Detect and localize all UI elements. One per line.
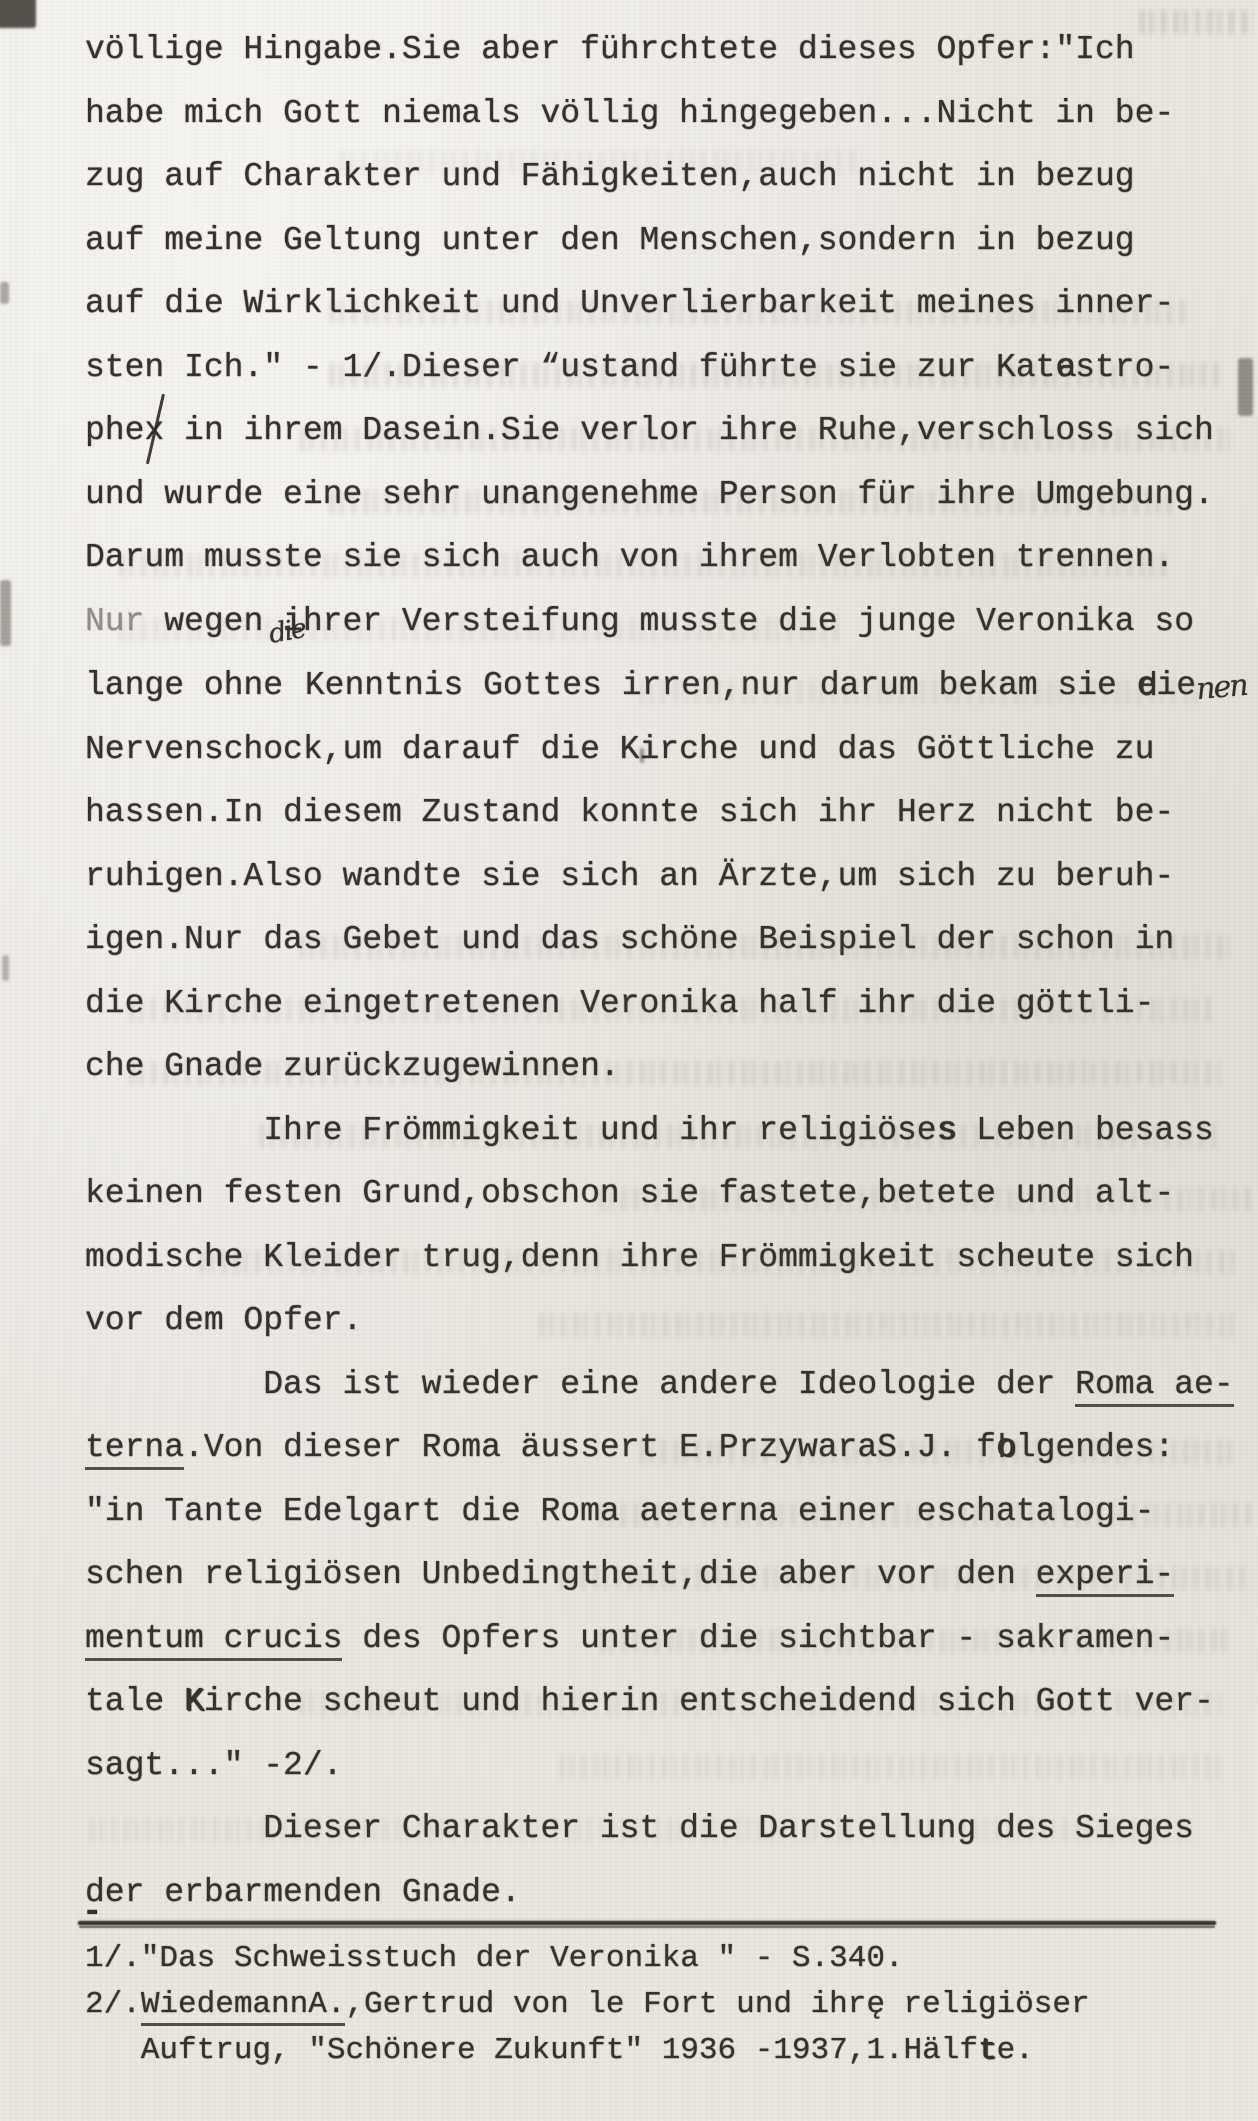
text-line: schen religiösen Unbedingtheit,die aber … [85,1543,1238,1607]
text-segment: vor dem Opfer. [85,1302,362,1339]
text-segment: lgendes: [1016,1429,1174,1466]
text-line: modische Kleider trug,denn ihre Frömmigk… [85,1226,1238,1290]
text-segment: des Opfers unter die sichtbar - sakramen… [342,1620,1174,1657]
ink-smudge-artifact [0,0,36,28]
text-line: auf die Wirklichkeit und Unverlierbarkei… [85,272,1238,336]
ink-smudge-artifact [1238,358,1253,416]
text-segment: ss [937,1099,957,1163]
text-segment: ,Gertrud von le Fort und ihrę religiöser [345,1987,1089,2022]
text-line: Darum musste sie sich auch von ihrem Ver… [85,526,1238,590]
ink-smudge-artifact [0,580,11,646]
text-segment: zug auf Charakter und Fähigkeiten,auch n… [85,158,1135,195]
text-segment: che Gnade zurückzugewinnen. [85,1048,620,1085]
text-segment: stro- [1075,349,1174,386]
text-segment: Nervenschock,um darauf die Kirche und da… [85,731,1154,768]
text-line: sten Ich." - 1/.Dieser “ustand führte si… [85,336,1238,400]
text-line: Ihre Frömmigkeit und ihr religiösess Leb… [85,1099,1238,1163]
text-segment: terna [85,1429,184,1470]
text-segment: ob [996,1416,1016,1480]
text-line: völlige Hingabe.Sie aber führchtete dies… [85,18,1238,82]
text-line: auf meine Geltung unter den Menschen,son… [85,209,1238,273]
text-segment: WiedemannA. [141,1987,346,2026]
text-segment: lange ohne [85,667,283,704]
text-segment: mentum crucis [85,1620,342,1661]
text-segment: "in Tante Edelgart die Roma aeterna eine… [85,1493,1154,1530]
ink-smudge-artifact [2,955,9,981]
text-segment: auf meine Geltung unter den Menschen,son… [85,222,1135,259]
text-segment: und wurde eine sehr unangenehme Person f… [85,476,1214,513]
text-segment: schen religiösen Unbedingtheit,die aber … [85,1556,1036,1593]
text-segment: der erbarmenden Gnade. [85,1874,521,1911]
text-line: 2/.WiedemannA.,Gertrud von le Fort und i… [85,1982,1238,2028]
text-line: sagt..." -2/. [85,1734,1238,1798]
text-segment: ruhigen.Also wandte sie sich an Ärzte,um… [85,858,1174,895]
scanned-document-page: völlige Hingabe.Sie aber führchtete dies… [0,0,1258,2121]
text-line: che Gnade zurückzugewinnen. [85,1035,1238,1099]
text-segment: sagt..." -2/. [85,1747,342,1784]
text-line: mentum crucis des Opfers unter die sicht… [85,1607,1238,1671]
text-segment: Dieser Charakter ist die Darstellung des… [85,1810,1194,1847]
text-line: 1/."Das Schweisstuch der Veronika " - S.… [85,1936,1238,1982]
text-line: Dieser Charakter ist die Darstellung des… [85,1797,1238,1861]
text-segment: völlige Hingabe.Sie aber führchtete dies… [85,31,1135,68]
footnote-separator-dash: - [82,1894,100,1932]
text-line: igen.Nur das Gebet und das schöne Beispi… [85,908,1238,972]
text-line: habe mich Gott niemals völlig hingegeben… [85,82,1238,146]
text-segment: 2/. [85,1987,141,2022]
text-segment: ie [1156,667,1196,704]
text-segment: Nur [85,603,144,640]
text-line: tale KKirche scheut und hierin entscheid… [85,1670,1238,1734]
text-line: lange ohnedie Kenntnis Gottes irren,nur … [85,653,1238,718]
text-segment: x [144,399,164,463]
text-segment: habe mich Gott niemals völlig hingegeben… [85,95,1174,132]
text-line: Nervenschock,um darauf die Kirche und da… [85,718,1238,782]
text-segment: e. [997,2033,1034,2068]
text-segment: tale [85,1683,184,1720]
text-segment: Ihre Frömmigkeit und ihr religiöse [85,1112,937,1149]
text-segment: sten Ich." - 1/.Dieser “ustand führte si… [85,349,1055,386]
text-segment: Auftrug, "Schönere Zukunft" 1936 -1937,1… [85,2033,978,2068]
text-line: vor dem Opfer. [85,1289,1238,1353]
text-line: ruhigen.Also wandte sie sich an Ärzte,um… [85,845,1238,909]
footnotes: 1/."Das Schweisstuch der Veronika " - S.… [85,1936,1238,2074]
text-segment: .Von dieser Roma äussert E.PrzywaraS.J. … [184,1429,996,1466]
text-segment: experi- [1036,1556,1175,1597]
text-segment: ea [1055,336,1075,400]
text-line: hassen.In diesem Zustand konnte sich ihr… [85,781,1238,845]
text-segment: auf die Wirklichkeit und Unverlierbarkei… [85,285,1174,322]
text-line: keinen festen Grund,obschon sie fastete,… [85,1162,1238,1226]
text-segment: modische Kleider trug,denn ihre Frömmigk… [85,1239,1194,1276]
text-segment: ed [1137,654,1157,718]
ink-smudge-artifact [0,282,9,304]
text-segment: Roma ae- [1075,1366,1233,1407]
text-segment: KK [184,1670,204,1734]
text-segment: phe [85,412,144,449]
text-line: Auftrug, "Schönere Zukunft" 1936 -1937,1… [85,2028,1238,2074]
text-line: "in Tante Edelgart die Roma aeterna eine… [85,1480,1238,1544]
text-segment: irche scheut und hierin entscheidend sic… [204,1683,1214,1720]
text-segment: in ihrem Dasein.Sie verlor ihre Ruhe,ver… [164,412,1214,449]
text-segment: hassen.In diesem Zustand konnte sich ihr… [85,794,1174,831]
text-segment: die Kirche eingetretenen Veronika half i… [85,985,1154,1022]
text-segment: Kenntnis Gottes irren,nur darum bekam si… [285,667,1137,704]
text-segment: keinen festen Grund,obschon sie fastete,… [85,1175,1174,1212]
text-segment: tt [978,2028,997,2074]
text-segment: Das ist wieder eine andere Ideologie der [85,1366,1075,1403]
text-line: und wurde eine sehr unangenehme Person f… [85,463,1238,527]
text-line: Das ist wieder eine andere Ideologie der… [85,1353,1238,1417]
text-line: Nur wegen ihrer Versteifung musste die j… [85,590,1238,654]
text-line: die Kirche eingetretenen Veronika half i… [85,972,1238,1036]
text-segment: 1/."Das Schweisstuch der Veronika " - S.… [85,1941,904,1976]
text-line: zug auf Charakter und Fähigkeiten,auch n… [85,145,1238,209]
handwritten-insert: nen [1194,654,1250,722]
text-line: terna.Von dieser Roma äussert E.Przywara… [85,1416,1238,1480]
footnote-separator-rule [78,1921,1216,1925]
document-body: völlige Hingabe.Sie aber führchtete dies… [85,18,1238,1924]
text-line: phex in ihrem Dasein.Sie verlor ihre Ruh… [85,399,1238,463]
text-segment: Leben besass [956,1112,1213,1149]
text-segment: igen.Nur das Gebet und das schöne Beispi… [85,921,1174,958]
text-segment: Darum musste sie sich auch von ihrem Ver… [85,539,1174,576]
text-line: der erbarmenden Gnade. [85,1861,1238,1925]
